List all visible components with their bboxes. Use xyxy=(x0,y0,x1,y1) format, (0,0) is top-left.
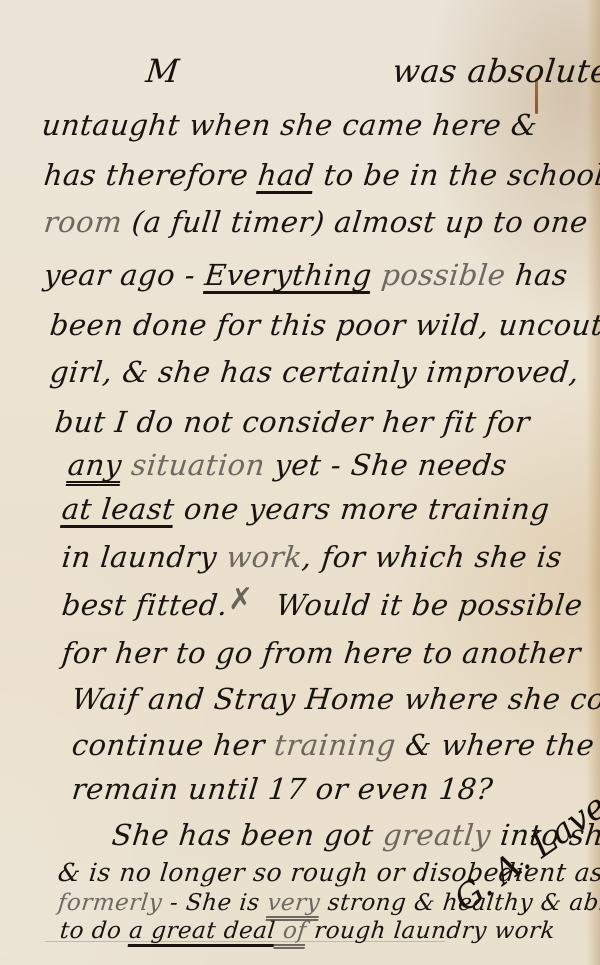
letter-text-segment: M xyxy=(144,52,181,90)
letter-text-segment: one years more training xyxy=(173,492,552,526)
letter-text-segment: formerly xyxy=(57,890,164,916)
letter-text-segment: Would it be possible xyxy=(275,588,585,622)
letter-text-segment: - She is xyxy=(161,890,269,916)
letter-line: best fitted. Would it be possible xyxy=(60,588,584,622)
letter-line: in laundry work, for which she is xyxy=(60,540,564,574)
letter-text-segment: Everything xyxy=(203,258,373,292)
letter-text-segment: for her to go from here to another xyxy=(60,636,582,670)
letter-line: year ago - Everything possible has xyxy=(42,258,569,292)
letter-page: M was absolutely untaught when she came … xyxy=(0,0,600,965)
letter-text-segment: untaught when she came here & xyxy=(40,108,549,142)
letter-text-segment: had xyxy=(256,158,316,192)
letter-line: but I do not consider her fit for xyxy=(53,405,531,439)
letter-line: any situation yet - She needs xyxy=(66,448,509,482)
letter-line: M was absolutely xyxy=(144,52,600,90)
letter-text-segment: of xyxy=(274,918,308,944)
letter-line: continue her training & where the girls xyxy=(70,728,600,762)
letter-text-segment: any xyxy=(66,448,123,482)
letter-line: at least one years more training xyxy=(60,492,551,526)
letter-text-segment: remain until 17 or even 18? xyxy=(70,772,495,806)
letter-text-segment: was absolutely xyxy=(391,52,600,90)
letter-line: room (a full timer) almost up to one xyxy=(42,205,589,239)
letter-text-segment: year ago - xyxy=(42,258,207,292)
letter-line: girl, & she has certainly improved, xyxy=(48,355,581,389)
letter-line: for her to go from here to another xyxy=(60,636,582,670)
letter-text-segment: Waif and Stray Home where she could xyxy=(70,682,600,716)
letter-line: untaught when she came here & xyxy=(40,108,549,142)
letter-text-segment: very xyxy=(266,890,321,916)
letter-line: to do a great deal of rough laundry work xyxy=(59,918,557,944)
letter-text-segment: at least xyxy=(60,492,176,526)
letter-text-segment: room xyxy=(42,205,124,239)
letter-line: has therefore had to be in the school- xyxy=(42,158,600,192)
letter-text-segment: a great deal xyxy=(128,918,277,944)
letter-text-segment: yet - She needs xyxy=(263,448,509,482)
letter-text-segment: but I do not consider her fit for xyxy=(53,405,531,439)
letter-line: formerly - She is very strong & healthy … xyxy=(57,890,600,916)
letter-text-segment: work xyxy=(225,540,304,574)
insertion-cross-icon: ✗ xyxy=(228,582,253,617)
letter-text-segment: possible xyxy=(370,258,507,292)
letter-text-segment: been done for this poor wild, uncouth xyxy=(48,308,600,342)
letter-line: remain until 17 or even 18? xyxy=(70,772,495,806)
letter-text-segment: rough laundry work xyxy=(305,918,556,944)
letter-text-segment: in laundry xyxy=(60,540,228,574)
letter-text-segment: training xyxy=(273,728,398,762)
letter-text-segment: to be in the school- xyxy=(312,158,600,192)
letter-text-segment: & where the girls xyxy=(394,728,600,762)
letter-text-segment: greatly xyxy=(381,818,492,852)
letter-text-segment: (a full timer) almost up to one xyxy=(120,205,589,239)
letter-text-segment: girl, & she has certainly improved, xyxy=(48,355,581,389)
letter-line: been done for this poor wild, uncouth xyxy=(48,308,600,342)
letter-text-segment: continue her xyxy=(70,728,276,762)
letter-text-segment: best fitted. xyxy=(60,588,229,622)
letter-line: Waif and Stray Home where she could xyxy=(70,682,600,716)
letter-text-segment xyxy=(177,52,394,90)
letter-text-segment: to do xyxy=(59,918,131,944)
letter-text-segment: has therefore xyxy=(42,158,260,192)
letter-text-segment: has xyxy=(504,258,570,292)
letter-text-segment: , for which she is xyxy=(301,540,564,574)
letter-text-segment: She has been got xyxy=(110,818,385,852)
letter-text-segment: situation xyxy=(120,448,267,482)
